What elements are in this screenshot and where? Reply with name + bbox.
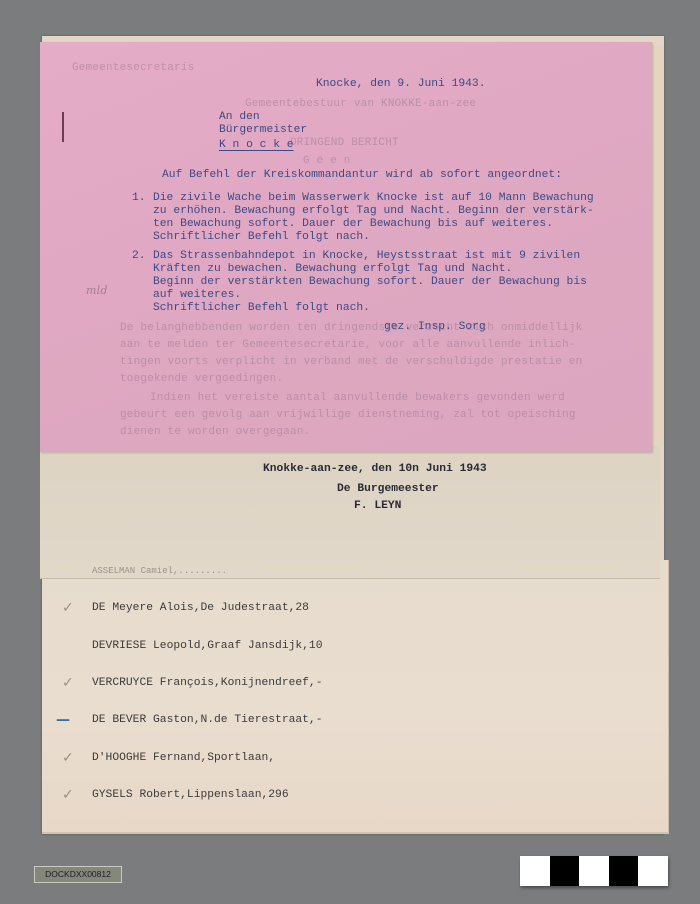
scale-segment xyxy=(579,856,609,886)
ghost-dutch-line-2: aan te melden ter Gemeentesecretarie, vo… xyxy=(120,339,576,351)
ghost-stamp-2: DRINGEND BERICHT xyxy=(290,137,399,149)
list-entry: DE BEVER Gaston,N.de Tierestraat,- xyxy=(92,714,323,726)
scale-segment xyxy=(550,856,580,886)
ghost-dutch-line-7: dienen te worden overgegaan. xyxy=(120,426,310,438)
archive-id-label: DOCKDXX00812 xyxy=(34,866,122,883)
signature: gez. Insp. Sorg xyxy=(384,321,486,334)
list-entry: DEVRIESE Leopold,Graaf Jansdijk,10 xyxy=(92,640,323,652)
color-scale-bar xyxy=(520,856,668,886)
recipient-line-1: An den xyxy=(219,111,260,124)
ghost-dutch-line-3: tingen voorts verplicht in verband met d… xyxy=(120,356,582,368)
check-mark-icon: ✓ xyxy=(62,675,74,691)
blue-pen-stroke-icon: — xyxy=(56,712,70,728)
ghost-header: Gemeentesecretaris xyxy=(72,62,194,74)
list-entry: D'HOOGHE Fernand,Sportlaan, xyxy=(92,752,275,764)
item-1-line-2: zu erhöhen. Bewachung erfolgt Tag und Na… xyxy=(153,205,594,218)
scale-segment xyxy=(609,856,639,886)
ghost-dutch-line-6: gebeurt een gevolg aan vrijwillige diens… xyxy=(120,409,576,421)
item-2-line-5: Schriftlicher Befehl folgt nach. xyxy=(153,302,370,315)
check-mark-icon: ✓ xyxy=(62,600,74,616)
footer-sheet xyxy=(40,440,660,579)
check-mark-icon: ✓ xyxy=(62,787,74,803)
recipient-line-3: K n o c k e xyxy=(219,139,294,152)
margin-line xyxy=(62,112,64,142)
item-2-line-1: Das Strassenbahndepot in Knocke, Heystss… xyxy=(153,250,580,263)
ghost-stamp: Gemeentebestuur van KNOKKE-aan-zee xyxy=(245,98,476,110)
check-mark-icon: ✓ xyxy=(62,750,74,766)
item-2-line-4: auf weiteres. xyxy=(153,289,241,302)
faded-list-entry: ASSELMAN Camiel,......... xyxy=(92,566,227,576)
item-2-number: 2. xyxy=(132,250,146,263)
ghost-dutch-line-1: De belanghebbenden worden ten dringendst… xyxy=(120,322,582,334)
footer-title: De Burgemeester xyxy=(337,483,439,496)
scale-segment xyxy=(520,856,550,886)
scale-segment xyxy=(638,856,668,886)
item-2-line-3: Beginn der verstärkten Bewachung sofort.… xyxy=(153,276,587,289)
item-1-line-4: Schriftlicher Befehl folgt nach. xyxy=(153,231,370,244)
letter-date: Knocke, den 9. Juni 1943. xyxy=(316,78,485,91)
footer-date: Knokke-aan-zee, den 10n Juni 1943 xyxy=(263,463,487,476)
list-entry: DE Meyere Alois,De Judestraat,28 xyxy=(92,602,309,614)
list-entry: VERCRUYCE François,Konijnendreef,- xyxy=(92,677,323,689)
ghost-stamp-3: G e e n xyxy=(303,155,351,167)
margin-note: mld xyxy=(86,284,108,297)
item-2-line-2: Kräften zu bewachen. Bewachung erfolgt T… xyxy=(153,263,512,276)
item-1-number: 1. xyxy=(132,192,146,205)
ghost-dutch-line-4: toegekende vergoedingen. xyxy=(120,373,283,385)
paper-edge xyxy=(652,46,664,446)
recipient-line-2: Bürgermeister xyxy=(219,124,307,137)
item-1-line-1: Die zivile Wache beim Wasserwerk Knocke … xyxy=(153,192,594,205)
footer-name: F. LEYN xyxy=(354,500,401,513)
ghost-dutch-line-5: Indien het vereiste aantal aanvullende b… xyxy=(150,392,565,404)
list-entry: GYSELS Robert,Lippenslaan,296 xyxy=(92,789,289,801)
item-1-line-3: ten Bewachung sofort. Dauer der Bewachun… xyxy=(153,218,553,231)
letter-intro: Auf Befehl der Kreiskommandantur wird ab… xyxy=(162,169,562,182)
